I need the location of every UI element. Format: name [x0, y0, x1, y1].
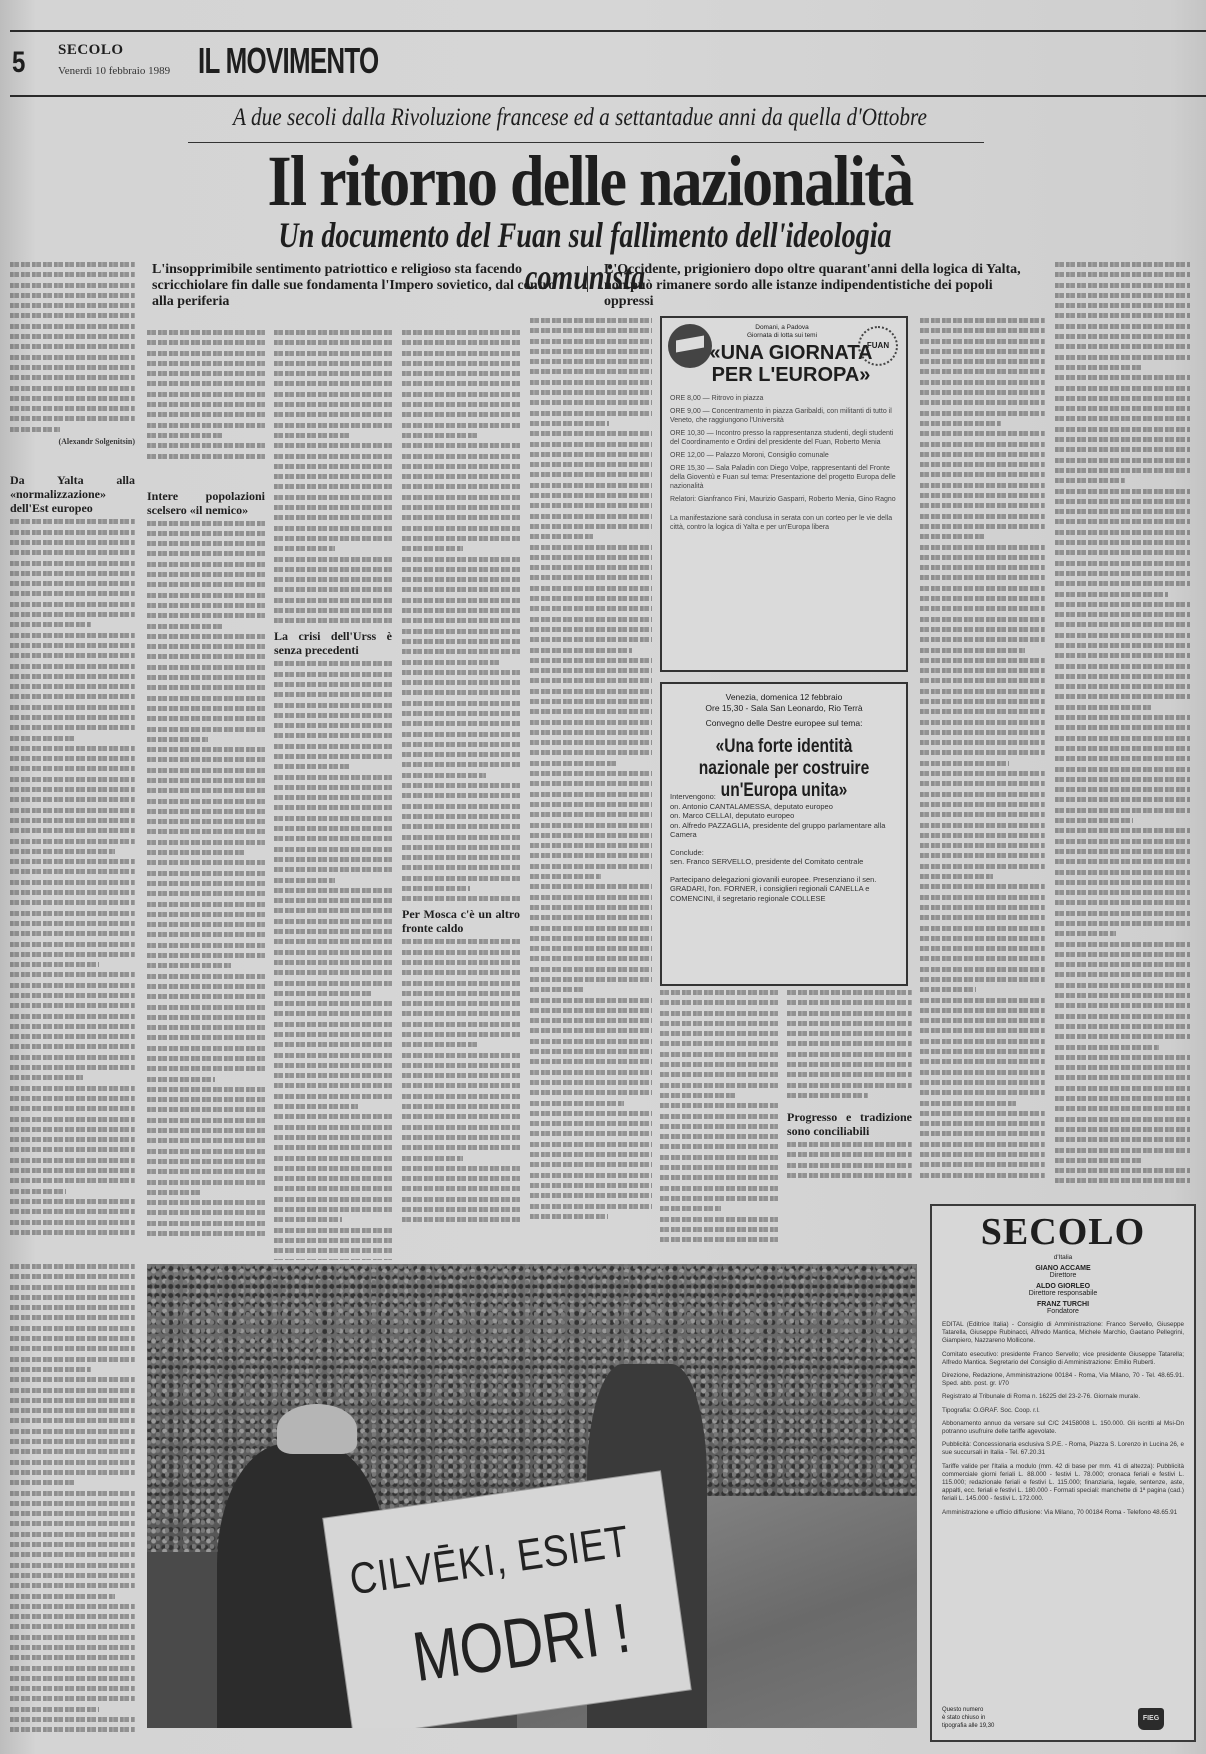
deck-left: L'insopprimibile sentimento patriottico …: [152, 262, 572, 310]
header-rule-top: [10, 30, 1206, 32]
column-3: La crisi dell'Urss è senza precedenti: [274, 330, 392, 1260]
body-text: [787, 990, 912, 1098]
body-text: [530, 318, 652, 1219]
europa-schedule: ORE 8,00 — Ritrovo in piazza ORE 9,00 — …: [670, 394, 898, 536]
subhead-yalta: Da Yalta alla «normalizzazione» dell'Est…: [10, 473, 135, 515]
schedule-item: ORE 10,30 — Incontro presso la rappresen…: [670, 429, 898, 447]
colophon-paragraph: Tariffe valide per l'Italia a modulo (mm…: [942, 1463, 1184, 1504]
body-text: [274, 330, 392, 623]
body-text: [402, 330, 520, 901]
column-1-body: [10, 519, 135, 1234]
epigraph: [10, 262, 135, 432]
body-text: [402, 939, 520, 1222]
column-9: [1055, 262, 1190, 1197]
header-rule-bottom: [10, 95, 1206, 97]
column-7: Progresso e tradizione sono conciliabili: [787, 990, 912, 1260]
body-text: [920, 318, 1045, 1178]
schedule-item: ORE 8,00 — Ritrovo in piazza: [670, 394, 898, 403]
colophon-box: SECOLO d'Italia GIANO ACCAME Direttore A…: [930, 1204, 1196, 1742]
europa-box-intro: Domani, a Padova Giornata di lotta sui t…: [722, 324, 842, 340]
speaker: on. Alfredo PAZZAGLIA, presidente del gr…: [670, 821, 900, 840]
subhead-popolazioni: Intere popolazioni scelsero «il nemico»: [147, 489, 265, 517]
colophon-paragraph: Direzione, Redazione, Amministrazione 00…: [942, 1372, 1184, 1388]
schedule-item: ORE 12,00 — Palazzo Moroni, Consiglio co…: [670, 451, 898, 460]
body-text: [10, 1264, 135, 1732]
europa-box-title: «UNA GIORNATA PER L'EUROPA»: [706, 342, 876, 386]
venezia-box-intro: Venezia, domenica 12 febbraio Ore 15,30 …: [668, 692, 900, 729]
colophon-paragraph: Abbonamento annuo da versare sul C/C 241…: [942, 1420, 1184, 1436]
intervengono-label: Intervengono:: [670, 792, 900, 802]
schedule-item: La manifestazione sarà conclusa in serat…: [670, 514, 898, 532]
colophon-masthead-sub: d'Italia: [932, 1254, 1194, 1261]
article-headline: Il ritorno delle nazionalità: [212, 140, 969, 223]
sign-line-2: MODRI !: [408, 1588, 635, 1698]
body-text: [787, 1142, 912, 1178]
subhead-mosca: Per Mosca c'è un altro fronte caldo: [402, 907, 520, 935]
event-box-europa: Domani, a Padova Giornata di lotta sui t…: [660, 316, 908, 672]
schedule-item: Relatori: Gianfranco Fini, Maurizio Gasp…: [670, 495, 898, 504]
subhead-crisi-urss: La crisi dell'Urss è senza precedenti: [274, 629, 392, 657]
colophon-paragraph: Tipografia: O.GRAF. Soc. Coop. r.l.: [942, 1407, 1184, 1415]
venezia-date: Venezia, domenica 12 febbraio: [668, 692, 900, 703]
colophon-paragraph: Amministrazione e ufficio diffusione: Vi…: [942, 1509, 1184, 1517]
body-text: [147, 521, 265, 1236]
venezia-time-place: Ore 15,30 - Sala San Leonardo, Rio Terrà: [668, 703, 900, 714]
conclude-label: Conclude:: [670, 848, 900, 858]
column-1-lower: [10, 1264, 135, 1744]
column-8: [920, 318, 1045, 1198]
colophon-paragraph: Pubblicità: Concessionaria esclusiva S.P…: [942, 1441, 1184, 1457]
deck-right: L'Occidente, prigioniero dopo oltre quar…: [604, 262, 1034, 310]
epigraph-author: (Alexandr Solgenitsin): [10, 437, 135, 447]
event-box-venezia: Venezia, domenica 12 febbraio Ore 15,30 …: [660, 682, 908, 986]
column-6: [660, 990, 778, 1260]
europa-title-line-2: PER L'EUROPA»: [706, 364, 876, 386]
subhead-progresso: Progresso e tradizione sono conciliabili: [787, 1110, 912, 1138]
colophon-paragraph: Comitato esecutivo: presidente Franco Se…: [942, 1351, 1184, 1367]
section-title: IL MOVIMENTO: [198, 40, 378, 82]
body-text: [660, 990, 778, 1242]
column-5: [530, 318, 652, 1258]
colophon-paragraph: Registrato al Tribunale di Roma n. 16225…: [942, 1393, 1184, 1401]
column-4: Per Mosca c'è un altro fronte caldo: [402, 330, 520, 1260]
staff-role: Fondatore: [932, 1308, 1194, 1315]
column-2: Intere popolazioni scelsero «il nemico»: [147, 330, 265, 1260]
page-number: 5: [12, 46, 25, 80]
venezia-convegno: Convegno delle Destre europee sul tema:: [668, 718, 900, 729]
colophon-paragraph: EDITAL (Editrice Italia) - Consiglio di …: [942, 1321, 1184, 1346]
staff-name: FRANZ TURCHI: [932, 1301, 1194, 1308]
staff-name: GIANO ACCAME: [932, 1265, 1194, 1272]
participants: Partecipano delegazioni giovanili europe…: [670, 875, 900, 904]
body-text: [274, 661, 392, 1260]
concluder: sen. Franco SERVELLO, presidente del Com…: [670, 857, 900, 867]
deck-separator: [587, 266, 588, 292]
europa-title-line-1: «UNA GIORNATA: [706, 342, 876, 364]
speaker: on. Marco CELLAI, deputato europeo: [670, 811, 900, 821]
colophon-body: EDITAL (Editrice Italia) - Consiglio di …: [942, 1321, 1184, 1517]
staff-role: Direttore responsabile: [932, 1290, 1194, 1297]
speaker: on. Antonio CANTALAMESSA, deputato europ…: [670, 802, 900, 812]
article-kicker: A due secoli dalla Rivoluzione francese …: [223, 104, 937, 132]
dateline: Venerdì 10 febbraio 1989: [58, 65, 170, 77]
body-text: [1055, 262, 1190, 1183]
colophon-masthead: SECOLO: [932, 1210, 1194, 1254]
staff-role: Direttore: [932, 1272, 1194, 1279]
protest-photo: CILVĒKI, ESIET MODRI !: [147, 1264, 917, 1728]
body-text: [147, 330, 265, 459]
schedule-item: ORE 9,00 — Concentramento in piazza Gari…: [670, 407, 898, 425]
fur-hat: [277, 1404, 357, 1454]
newspaper-page: 5 SECOLO Venerdì 10 febbraio 1989 IL MOV…: [0, 0, 1206, 1754]
colophon-footer: Questo numero è stato chiuso in tipograf…: [942, 1706, 994, 1730]
staff-name: ALDO GIORLEO: [932, 1283, 1194, 1290]
fieg-badge-icon: FIEG: [1138, 1708, 1164, 1730]
schedule-item: ORE 15,30 — Sala Paladin con Diego Volpe…: [670, 464, 898, 491]
column-1: (Alexandr Solgenitsin) Da Yalta alla «no…: [10, 262, 135, 1262]
protest-sign: CILVĒKI, ESIET MODRI !: [323, 1471, 690, 1728]
masthead-small: SECOLO: [58, 42, 124, 59]
venezia-details: Intervengono: on. Antonio CANTALAMESSA, …: [670, 792, 900, 911]
